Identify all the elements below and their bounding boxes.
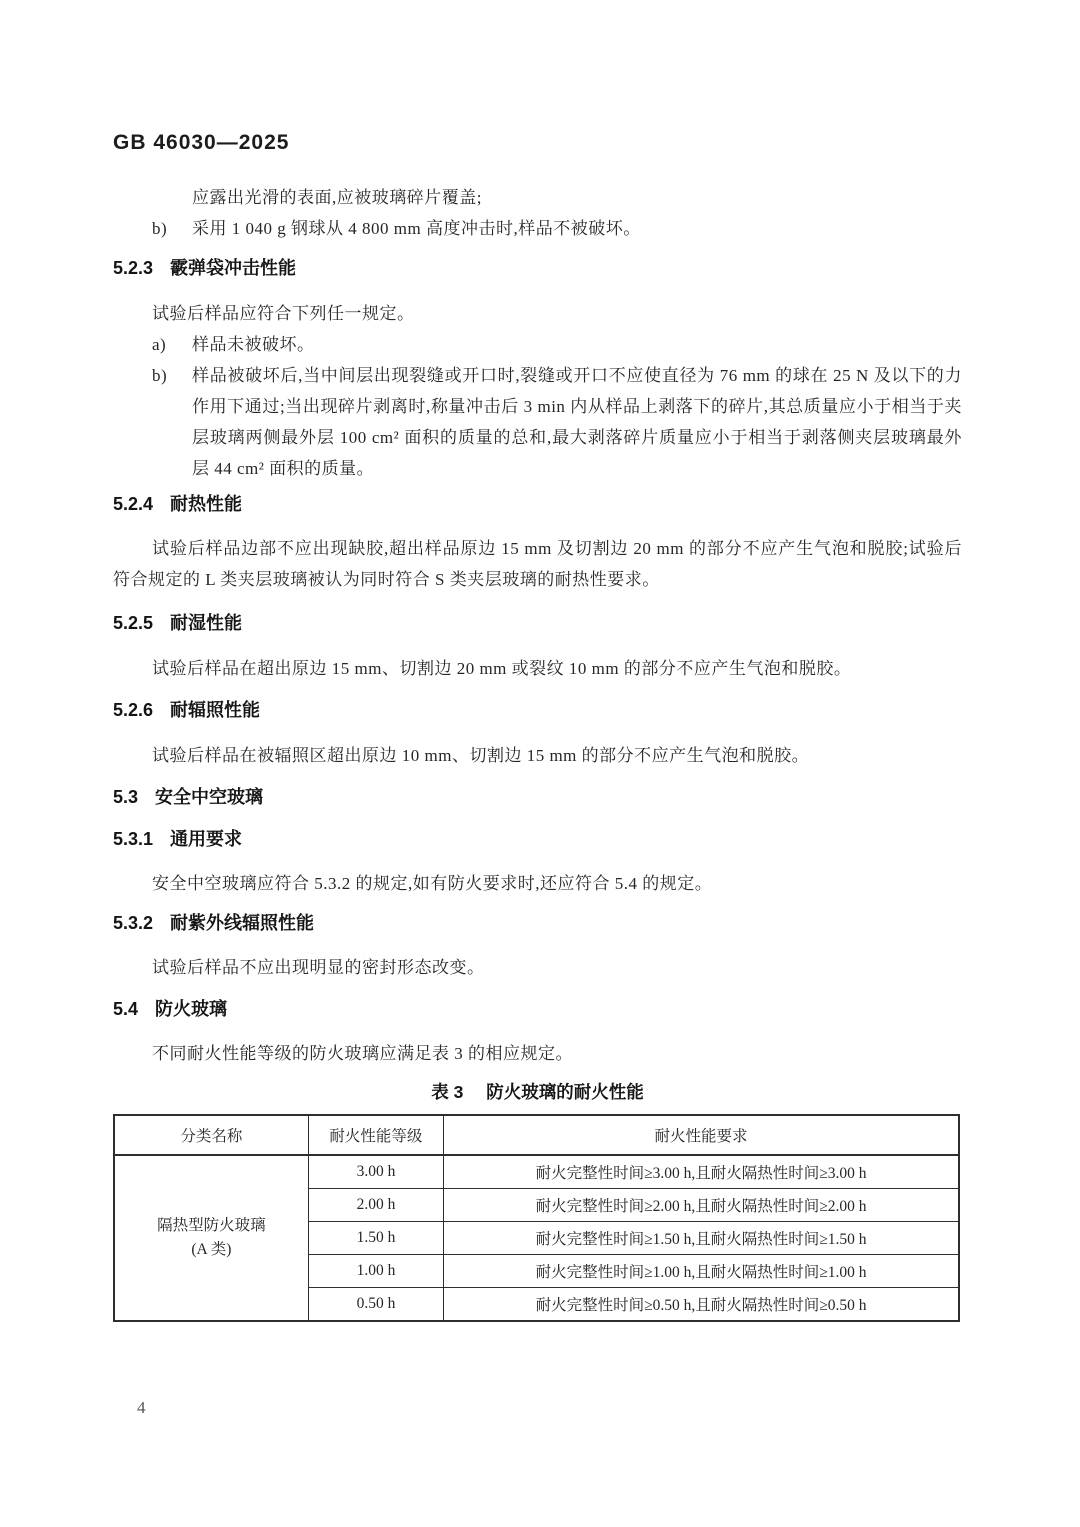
section-title: 耐紫外线辐照性能	[170, 910, 314, 936]
previous-item-continuation: 应露出光滑的表面,应被玻璃碎片覆盖;	[113, 182, 962, 213]
section-5-3-1-body: 安全中空玻璃应符合 5.3.2 的规定,如有防火要求时,还应符合 5.4 的规定…	[113, 868, 962, 899]
page-content: GB 46030—2025 应露出光滑的表面,应被玻璃碎片覆盖; b) 采用 1…	[113, 0, 962, 1322]
section-5-3-2-body: 试验后样品不应出现明显的密封形态改变。	[113, 952, 962, 983]
list-marker: b)	[113, 360, 192, 484]
list-marker: a)	[113, 329, 192, 360]
requirement-cell: 耐火完整性时间≥3.00 h,且耐火隔热性时间≥3.00 h	[444, 1155, 959, 1189]
list-item-text: 样品未被破坏。	[192, 329, 962, 360]
section-title: 通用要求	[170, 826, 242, 852]
list-item-a: a) 样品未被破坏。	[113, 329, 962, 360]
list-marker: b)	[113, 213, 192, 244]
requirement-cell: 耐火完整性时间≥1.00 h,且耐火隔热性时间≥1.00 h	[444, 1255, 959, 1288]
section-heading-5-3-1: 5.3.1 通用要求	[113, 826, 962, 852]
list-item-text: 样品被破坏后,当中间层出现裂缝或开口时,裂缝或开口不应使直径为 76 mm 的球…	[192, 360, 962, 484]
table-3-caption: 表 3 防火玻璃的耐火性能	[113, 1079, 962, 1105]
section-title: 耐热性能	[170, 491, 242, 517]
level-cell: 2.00 h	[308, 1189, 443, 1222]
requirement-cell: 耐火完整性时间≥1.50 h,且耐火隔热性时间≥1.50 h	[444, 1222, 959, 1255]
column-header-requirement: 耐火性能要求	[444, 1115, 959, 1155]
section-number: 5.2.4	[113, 491, 153, 517]
section-number: 5.3	[113, 784, 138, 810]
section-number: 5.4	[113, 996, 138, 1022]
section-title: 耐辐照性能	[170, 697, 260, 723]
section-heading-5-3: 5.3 安全中空玻璃	[113, 784, 962, 810]
list-item-b: b) 样品被破坏后,当中间层出现裂缝或开口时,裂缝或开口不应使直径为 76 mm…	[113, 360, 962, 484]
table-row: 隔热型防火玻璃 (A 类) 3.00 h 耐火完整性时间≥3.00 h,且耐火隔…	[114, 1155, 959, 1189]
section-number: 5.2.3	[113, 255, 153, 281]
section-number: 5.3.2	[113, 910, 153, 936]
section-number: 5.3.1	[113, 826, 153, 852]
section-5-2-4-body: 试验后样品边部不应出现缺胶,超出样品原边 15 mm 及切割边 20 mm 的部…	[113, 533, 962, 595]
section-heading-5-2-5: 5.2.5 耐湿性能	[113, 610, 962, 636]
section-heading-5-4: 5.4 防火玻璃	[113, 996, 962, 1022]
list-item-text: 采用 1 040 g 钢球从 4 800 mm 高度冲击时,样品不被破坏。	[192, 213, 962, 244]
requirement-cell: 耐火完整性时间≥0.50 h,且耐火隔热性时间≥0.50 h	[444, 1288, 959, 1322]
section-heading-5-3-2: 5.3.2 耐紫外线辐照性能	[113, 910, 962, 936]
section-heading-5-2-3: 5.2.3 霰弹袋冲击性能	[113, 255, 962, 281]
section-5-2-6-body: 试验后样品在被辐照区超出原边 10 mm、切割边 15 mm 的部分不应产生气泡…	[113, 740, 962, 771]
table-header-row: 分类名称 耐火性能等级 耐火性能要求	[114, 1115, 959, 1155]
table-caption-label: 表 3	[431, 1082, 463, 1102]
category-cell: 隔热型防火玻璃 (A 类)	[114, 1155, 308, 1321]
section-title: 安全中空玻璃	[155, 784, 263, 810]
section-title: 霰弹袋冲击性能	[170, 255, 296, 281]
document-code: GB 46030—2025	[113, 131, 962, 155]
table-caption-title: 防火玻璃的耐火性能	[486, 1082, 644, 1102]
level-cell: 3.00 h	[308, 1155, 443, 1189]
fire-resistance-table: 分类名称 耐火性能等级 耐火性能要求 隔热型防火玻璃 (A 类) 3.00 h …	[113, 1114, 960, 1322]
section-5-2-3-intro: 试验后样品应符合下列任一规定。	[113, 298, 962, 329]
level-cell: 1.00 h	[308, 1255, 443, 1288]
level-cell: 0.50 h	[308, 1288, 443, 1322]
section-heading-5-2-4: 5.2.4 耐热性能	[113, 491, 962, 517]
section-title: 防火玻璃	[155, 996, 227, 1022]
standard-document-page: GB 46030—2025 应露出光滑的表面,应被玻璃碎片覆盖; b) 采用 1…	[0, 0, 1080, 1527]
column-header-category: 分类名称	[114, 1115, 308, 1155]
category-line2: (A 类)	[119, 1238, 304, 1262]
column-header-level: 耐火性能等级	[308, 1115, 443, 1155]
page-number: 4	[137, 1398, 146, 1418]
section-number: 5.2.5	[113, 610, 153, 636]
section-number: 5.2.6	[113, 697, 153, 723]
section-5-4-body: 不同耐火性能等级的防火玻璃应满足表 3 的相应规定。	[113, 1038, 962, 1069]
section-5-2-5-body: 试验后样品在超出原边 15 mm、切割边 20 mm 或裂纹 10 mm 的部分…	[113, 653, 962, 684]
section-title: 耐湿性能	[170, 610, 242, 636]
requirement-cell: 耐火完整性时间≥2.00 h,且耐火隔热性时间≥2.00 h	[444, 1189, 959, 1222]
level-cell: 1.50 h	[308, 1222, 443, 1255]
category-line1: 隔热型防火玻璃	[119, 1214, 304, 1238]
list-item-b-top: b) 采用 1 040 g 钢球从 4 800 mm 高度冲击时,样品不被破坏。	[113, 213, 962, 244]
section-heading-5-2-6: 5.2.6 耐辐照性能	[113, 697, 962, 723]
